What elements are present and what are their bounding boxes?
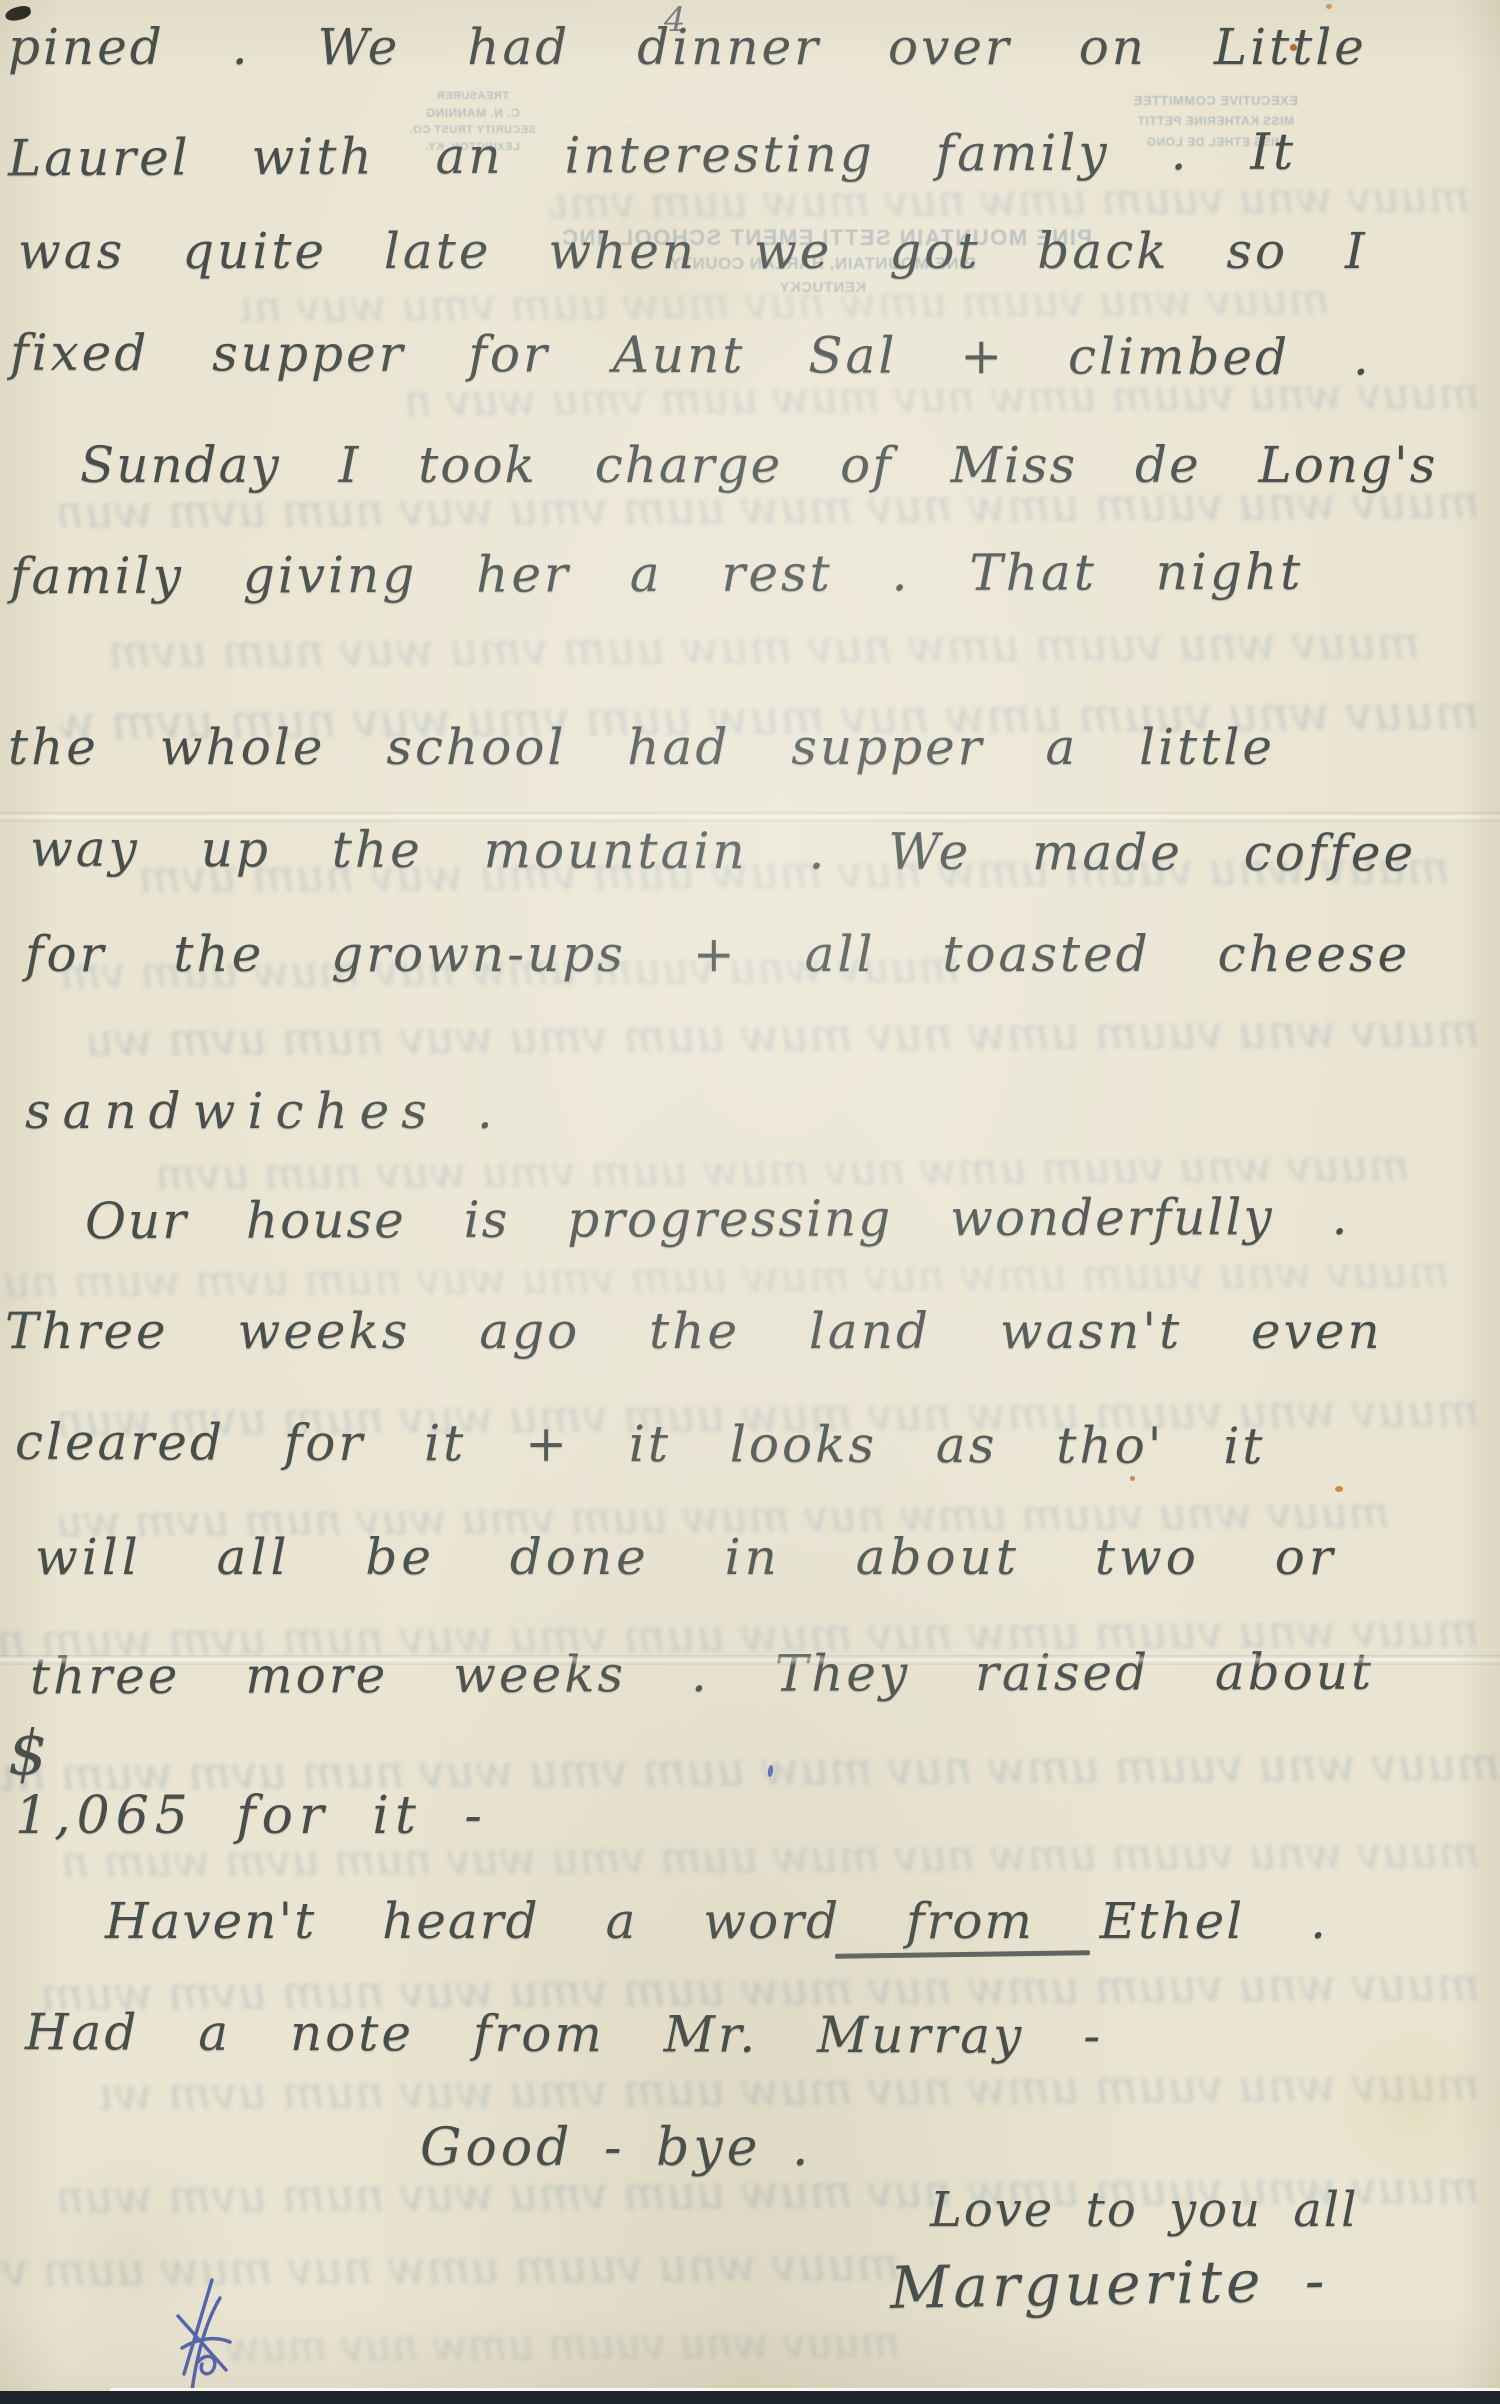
scan-edge <box>0 2391 1500 2404</box>
bleedthrough-handwriting <box>0 1247 1450 1308</box>
letter-line: was quite late when we got back so I <box>18 222 1368 280</box>
letter-line: Love to you all <box>930 2182 1359 2238</box>
letter-line: three more weeks . They raised about <box>30 1643 1374 1706</box>
letter-line: the whole school had supper a little <box>8 718 1275 776</box>
signature: Marguerite - <box>889 2246 1329 2322</box>
letter-line: Haven't heard a word from Ethel . <box>105 1892 1328 1950</box>
letterhead-line: C. N. MANNING <box>385 105 560 122</box>
bleedthrough-handwriting <box>100 2057 1480 2121</box>
rust-speck <box>1326 4 1332 9</box>
letterhead-line: EXECUTIVE COMMITTEE <box>1078 90 1353 111</box>
rust-speck <box>1130 1476 1135 1481</box>
letter-line: Good - bye . <box>420 2118 813 2178</box>
letter-line: way up the mountain . We made coffee <box>30 820 1416 883</box>
letter-line: pined . We had dinner over on Little <box>8 18 1367 76</box>
letter-line: cleared for it + it looks as tho' it <box>15 1413 1266 1475</box>
letter-line: sandwiches . <box>25 1082 505 1140</box>
letter-line: Laurel with an interesting family . It <box>8 123 1296 188</box>
bleedthrough-handwriting <box>0 2237 900 2297</box>
rust-speck <box>1335 1486 1343 1492</box>
bleedthrough-handwriting <box>200 2318 900 2372</box>
letter-line: Three weeks ago the land wasn't even <box>5 1302 1383 1360</box>
letterhead-line: TREASURER <box>385 88 560 105</box>
letter-page: 4 TREASURER C. N. MANNING SECURITY TRUST… <box>0 0 1500 2404</box>
letter-line: for the grown-ups + all toasted cheese <box>25 925 1410 983</box>
letter-line: Our house is progressing wonderfully . <box>85 1188 1350 1250</box>
letter-line: $ <box>8 1716 47 1789</box>
letter-line: Had a note from Mr. Murray - <box>25 2003 1103 2065</box>
fold-crease <box>0 812 1500 822</box>
fold-crease <box>0 1655 1500 1665</box>
bleedthrough-handwriting <box>90 1003 1480 1067</box>
letter-line: 1,065 for it - <box>15 1786 488 1846</box>
letter-line: family giving her a rest . That night <box>10 543 1303 606</box>
blue-pencil-scribble <box>168 2278 238 2398</box>
bleedthrough-handwriting <box>100 615 1420 678</box>
letter-line: fixed supper for Aunt Sal + climbed . <box>10 324 1372 387</box>
letter-line: Sunday I took charge of Miss de Long's <box>80 436 1437 494</box>
letter-line: will all be done in about two or <box>35 1528 1337 1586</box>
underline-mark <box>835 1950 1090 1959</box>
